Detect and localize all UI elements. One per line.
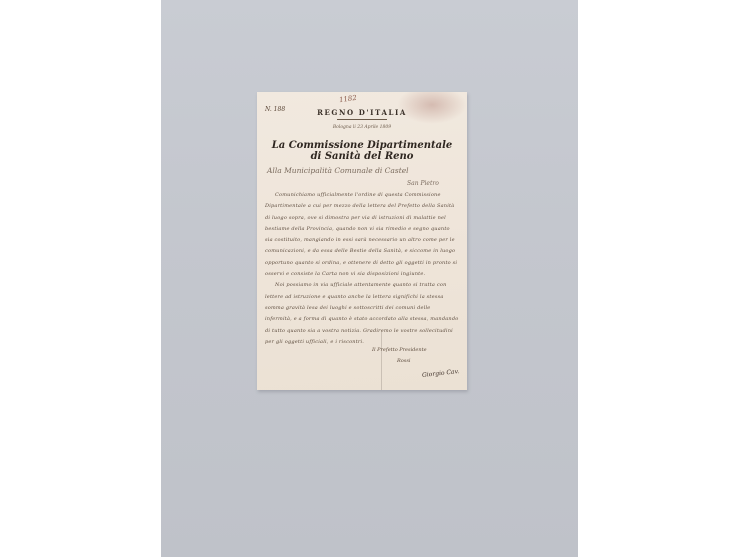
letterhead-divider — [337, 119, 387, 120]
title-line-2: di Sanità del Reno — [257, 151, 467, 162]
historical-document: N. 188 1182 REGNO D'ITALIA Bologna li 23… — [257, 92, 467, 390]
title-line-1: La Commissione Dipartimentale — [257, 140, 467, 151]
addressee: Alla Municipalità Comunale di Castel — [267, 166, 409, 175]
letterhead-kingdom: REGNO D'ITALIA — [257, 108, 467, 117]
closing-title: Il Prefetto Presidente — [372, 347, 427, 353]
handwritten-corner-mark: 1182 — [339, 94, 358, 104]
body-paragraph: Comunichiamo ufficialmente l'ordine di q… — [265, 190, 459, 280]
signature: Giorgio Cav. — [422, 368, 460, 379]
closing-name: Rossi — [397, 358, 411, 364]
body-paragraph: Noi possiamo in via ufficiale attentamen… — [265, 280, 459, 348]
date-line: Bologna li 23 Aprile 1809 — [257, 125, 467, 130]
letter-body: Comunichiamo ufficialmente l'ordine di q… — [265, 190, 459, 348]
letterhead-title: La Commissione Dipartimentale di Sanità … — [257, 140, 467, 162]
addressee-place: San Pietro — [407, 180, 439, 187]
